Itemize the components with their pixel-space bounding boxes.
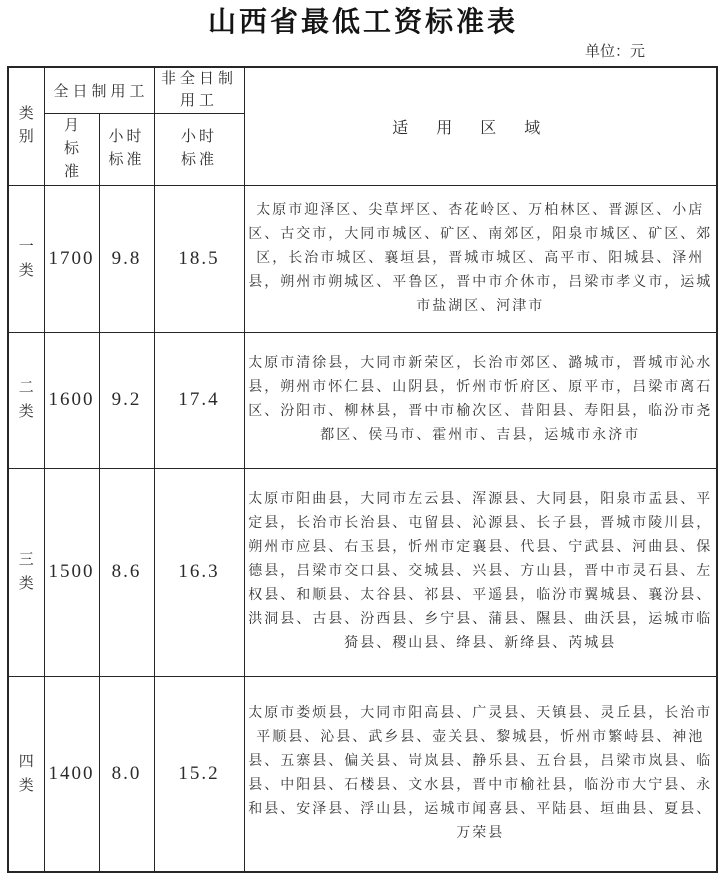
- part-time-hourly-cell: 15.2: [154, 676, 244, 872]
- category-cell: 四类: [8, 676, 44, 872]
- page-title: 山西省最低工资标准表: [0, 0, 723, 39]
- category-label: 二类: [18, 376, 35, 424]
- header-full-time-label: 全日制用工: [50, 84, 149, 100]
- region-cell: 太原市迎泽区、尖草坪区、杏花岭区、万柏林区、晋源区、小店区、古交市，大同市城区、…: [244, 185, 717, 332]
- header-monthly-standard: 月标准: [44, 113, 99, 185]
- header-region-label: 适用区域: [392, 120, 568, 137]
- monthly-cell: 1400: [44, 676, 99, 872]
- hourly-cell: 9.2: [99, 332, 154, 468]
- header-part-time-hourly-standard: 小时标准: [154, 113, 244, 185]
- header-full-time-group: 全日制用工: [44, 67, 154, 113]
- part-time-hourly-cell: 18.5: [154, 185, 244, 332]
- region-cell: 太原市娄烦县，大同市阳高县、广灵县、天镇县、灵丘县，长治市平顺县、沁县、武乡县、…: [244, 676, 717, 872]
- table-row-class3: 三类 1500 8.6 16.3 太原市阳曲县，大同市左云县、浑源县、大同县，阳…: [8, 468, 717, 676]
- header-part-time-hourly-label: 小时标准: [179, 126, 219, 172]
- wage-table: 类别 全日制用工 非全日制用工 适用区域 月标准 小时标准: [7, 66, 718, 873]
- table-row-class1: 一类 1700 9.8 18.5 太原市迎泽区、尖草坪区、杏花岭区、万柏林区、晋…: [8, 185, 717, 332]
- header-hourly-standard: 小时标准: [99, 113, 154, 185]
- hourly-cell: 8.0: [99, 676, 154, 872]
- hourly-cell: 8.6: [99, 468, 154, 676]
- header-category: 类别: [8, 67, 44, 185]
- table-row-class4: 四类 1400 8.0 15.2 太原市娄烦县，大同市阳高县、广灵县、天镇县、灵…: [8, 676, 717, 872]
- monthly-cell: 1500: [44, 468, 99, 676]
- part-time-hourly-cell: 16.3: [154, 468, 244, 676]
- region-cell: 太原市清徐县，大同市新荣区，长治市郊区、潞城市，晋城市沁水县，朔州市怀仁县、山阴…: [244, 332, 717, 468]
- category-cell: 一类: [8, 185, 44, 332]
- monthly-cell: 1600: [44, 332, 99, 468]
- hourly-cell: 9.8: [99, 185, 154, 332]
- monthly-cell: 1700: [44, 185, 99, 332]
- document-page: 山西省最低工资标准表 单位：元 类别 全日制用工 非全日制用工 适用区域: [0, 0, 723, 882]
- header-part-time-group: 非全日制用工: [154, 67, 244, 113]
- table-row-class2: 二类 1600 9.2 17.4 太原市清徐县，大同市新荣区，长治市郊区、潞城市…: [8, 332, 717, 468]
- header-monthly-label: 月标准: [63, 115, 80, 184]
- region-cell: 太原市阳曲县，大同市左云县、浑源县、大同县，阳泉市盂县、平定县，长治市长治县、屯…: [244, 468, 717, 676]
- category-cell: 二类: [8, 332, 44, 468]
- category-label: 四类: [18, 750, 35, 798]
- category-label: 一类: [18, 235, 35, 283]
- header-hourly-label: 小时标准: [107, 126, 147, 172]
- header-row-top: 类别 全日制用工 非全日制用工 适用区域: [8, 67, 717, 113]
- header-part-time-label: 非全日制用工: [160, 68, 238, 112]
- category-cell: 三类: [8, 468, 44, 676]
- category-label: 三类: [18, 548, 35, 596]
- part-time-hourly-cell: 17.4: [154, 332, 244, 468]
- header-region: 适用区域: [244, 67, 717, 185]
- header-category-label: 类别: [18, 103, 35, 149]
- unit-label: 单位：元: [0, 44, 723, 60]
